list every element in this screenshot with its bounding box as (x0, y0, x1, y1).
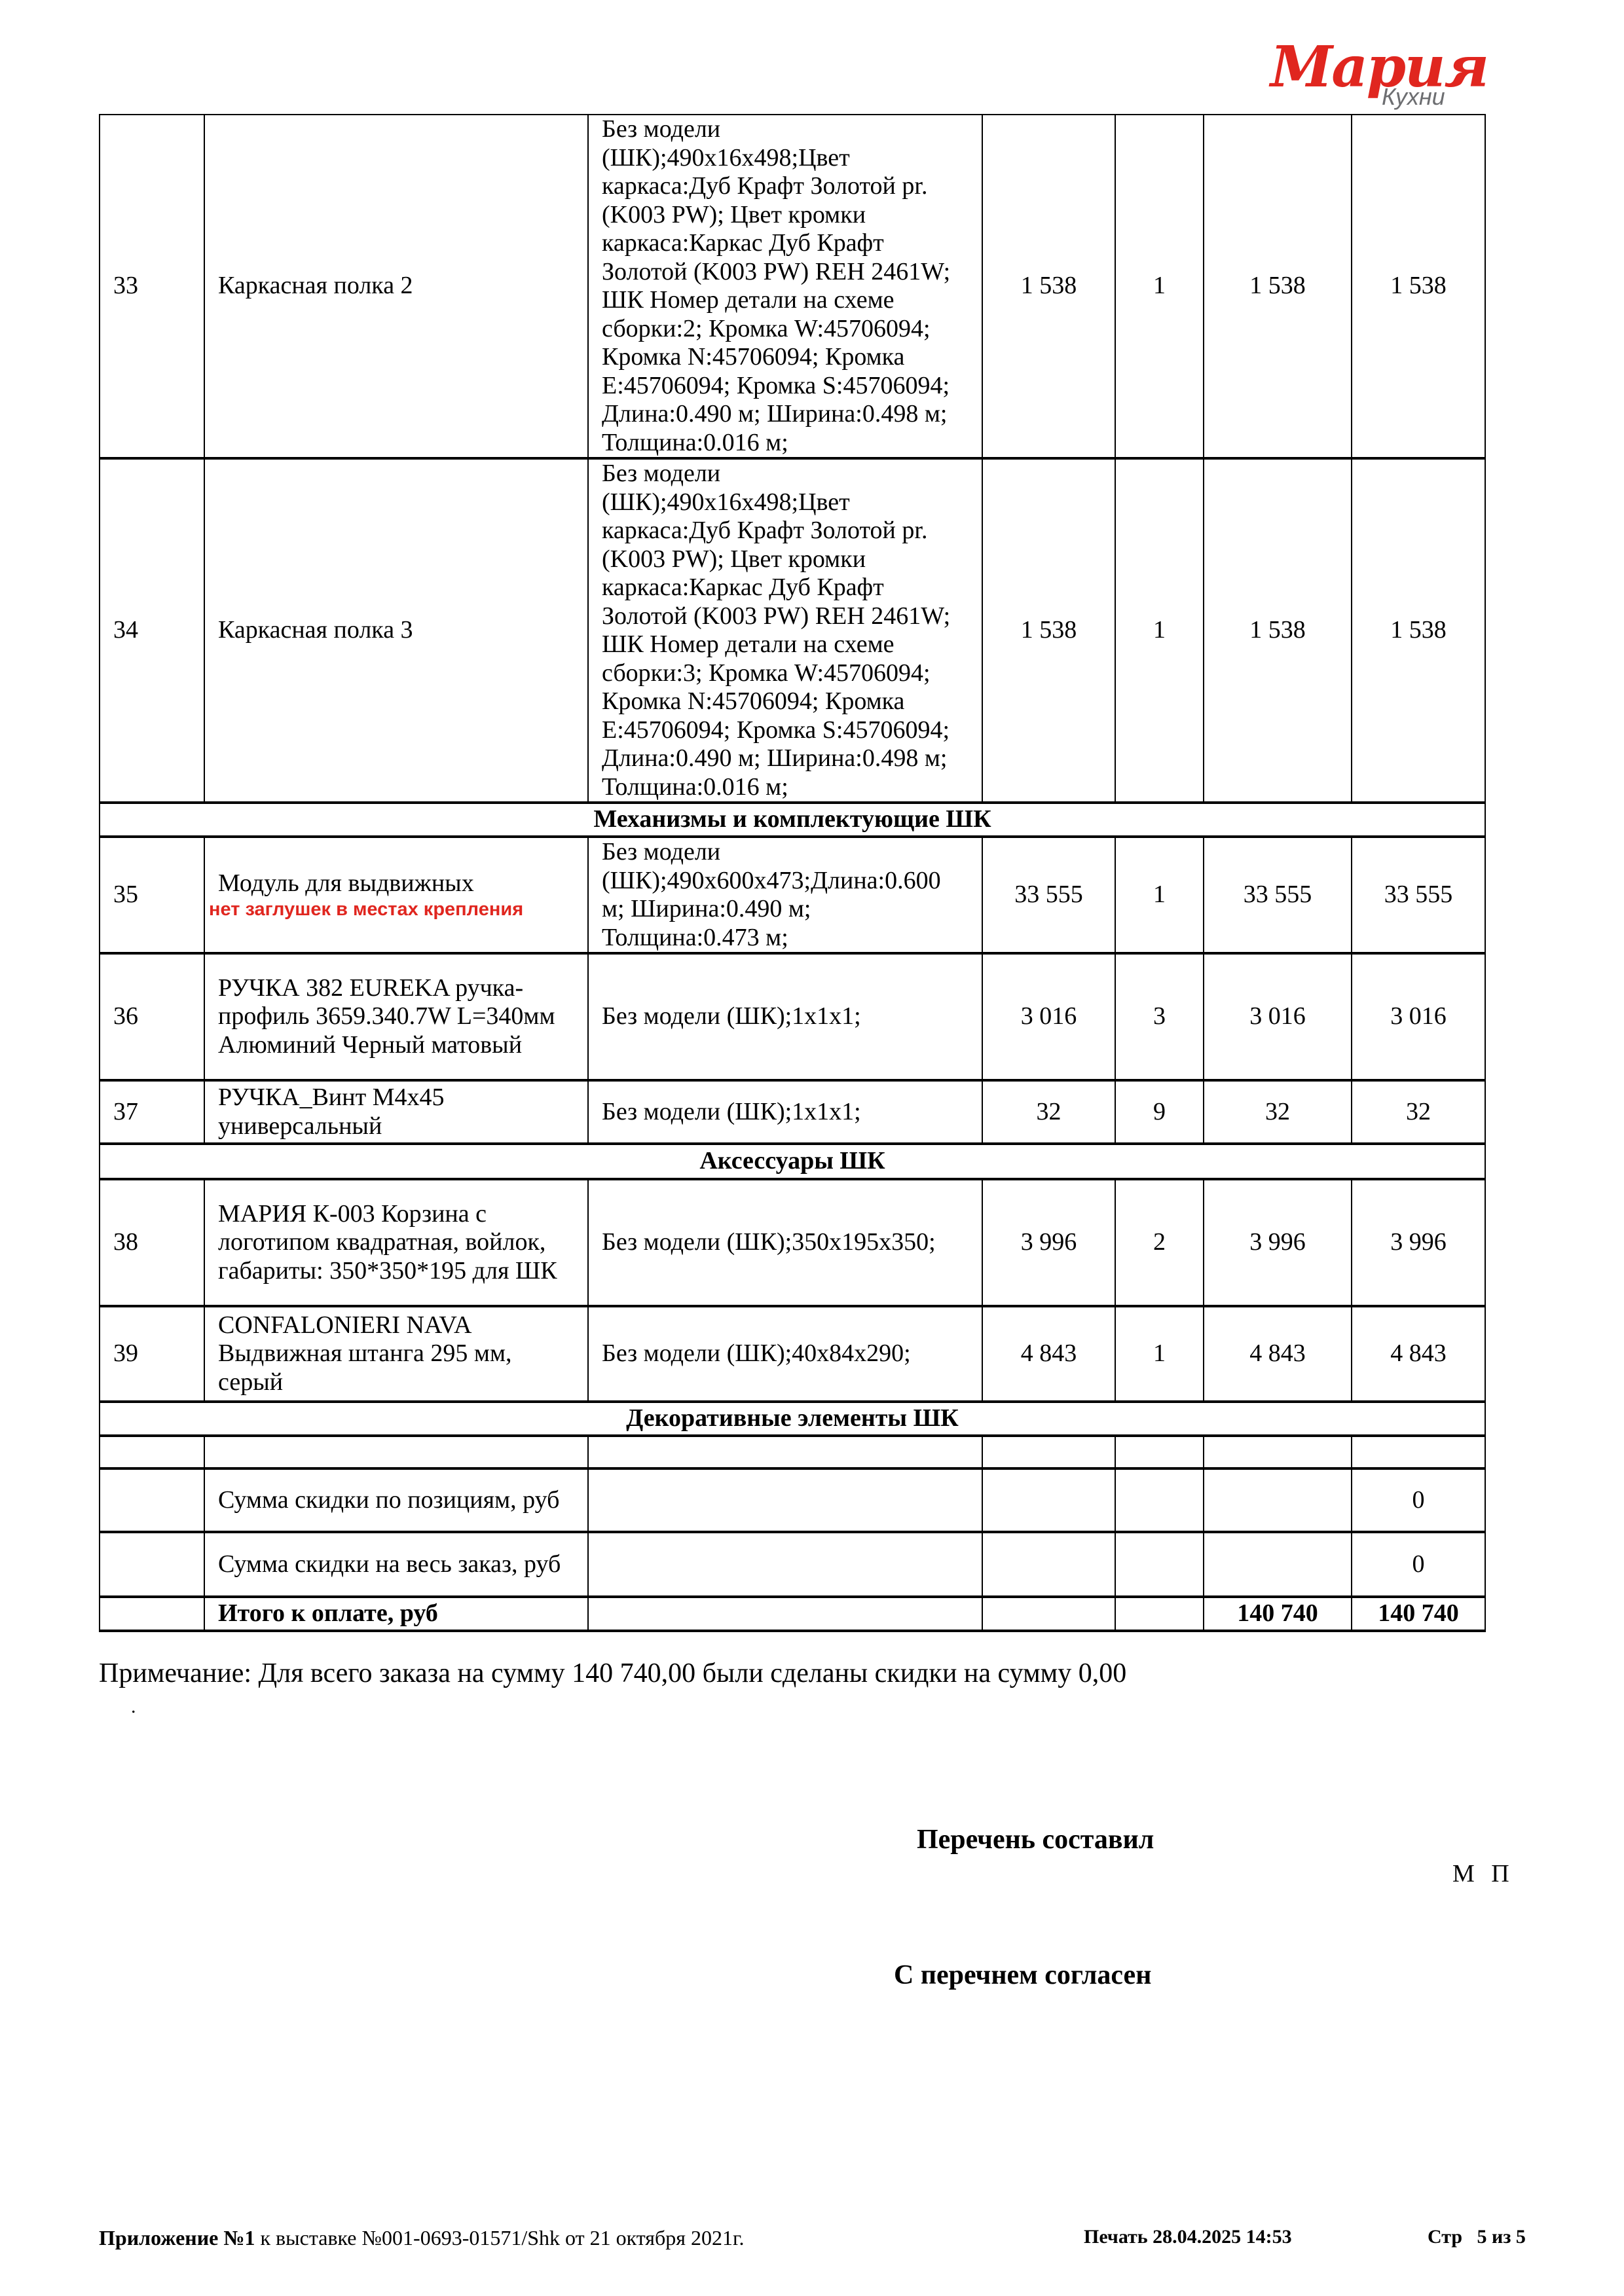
item-name: РУЧКА_Винт М4х45 универсальный (204, 1080, 588, 1144)
discount-order-row: Сумма скидки на весь заказ, руб 0 (100, 1532, 1485, 1597)
appendix-reference: к выставке №001-0693-01571/Shk от 21 окт… (255, 2226, 745, 2250)
discount-items-row: Сумма скидки по позициям, руб 0 (100, 1468, 1485, 1532)
row-number: 36 (100, 953, 204, 1080)
item-description: Без модели (ШК);490x600x473;Длина:0.600 … (588, 837, 982, 953)
table-row: 34 Каркасная полка 3 Без модели (ШК);490… (100, 458, 1485, 803)
section-mechanisms: Механизмы и комплектующие ШК (100, 803, 1485, 837)
footer-page-number: Стр 5 из 5 (1428, 2226, 1526, 2248)
total-label: Итого к оплате, руб (204, 1597, 588, 1631)
item-price: 33 555 (982, 837, 1115, 953)
row-number: 33 (100, 115, 204, 458)
logo-wordmark: Мария (1270, 39, 1488, 96)
row-number: 39 (100, 1306, 204, 1402)
item-sum: 33 555 (1352, 837, 1485, 953)
item-description: Без модели (ШК);490x16x498;Цвет каркаса:… (588, 115, 982, 458)
note-dot: . (131, 1696, 136, 1718)
item-price: 3 996 (982, 1179, 1115, 1306)
item-name-cell: Модуль для выдвижных нет заглушек в мест… (204, 837, 588, 953)
item-name: Модуль для выдвижных (218, 869, 474, 897)
section-accessories: Аксессуары ШК (100, 1144, 1485, 1179)
table-row: 38 МАРИЯ К-003 Корзина с логотипом квадр… (100, 1179, 1485, 1306)
item-price-discounted: 3 016 (1204, 953, 1352, 1080)
item-sum: 3 996 (1352, 1179, 1485, 1306)
item-description: Без модели (ШК);490x16x498;Цвет каркаса:… (588, 458, 982, 803)
stamp-placeholder: М П (1452, 1859, 1515, 1888)
item-name: Каркасная полка 2 (204, 115, 588, 458)
logo-subtitle: Кухни (1382, 85, 1445, 109)
item-price: 3 016 (982, 953, 1115, 1080)
item-sum: 3 016 (1352, 953, 1485, 1080)
item-description: Без модели (ШК);350x195x350; (588, 1179, 982, 1306)
order-note: Примечание: Для всего заказа на сумму 14… (99, 1658, 1126, 1689)
section-header-row: Аксессуары ШК (100, 1144, 1485, 1179)
item-price-discounted: 32 (1204, 1080, 1352, 1144)
total-price: 140 740 (1204, 1597, 1352, 1631)
section-header-row: Механизмы и комплектующие ШК (100, 803, 1485, 837)
footer-appendix: Приложение №1 к выставке №001-0693-01571… (99, 2226, 745, 2250)
item-price: 32 (982, 1080, 1115, 1144)
item-quantity: 1 (1115, 837, 1204, 953)
table-row: 35 Модуль для выдвижных нет заглушек в м… (100, 837, 1485, 953)
appendix-number: Приложение №1 (99, 2226, 255, 2250)
discount-order-value: 0 (1352, 1532, 1485, 1597)
item-price-discounted: 3 996 (1204, 1179, 1352, 1306)
item-sum: 32 (1352, 1080, 1485, 1144)
row-number: 38 (100, 1179, 204, 1306)
item-name: Каркасная полка 3 (204, 458, 588, 803)
item-quantity: 1 (1115, 458, 1204, 803)
item-name: CONFALONIERI NAVA Выдвижная штанга 295 м… (204, 1306, 588, 1402)
item-sum: 1 538 (1352, 458, 1485, 803)
section-header-row: Декоративные элементы ШК (100, 1402, 1485, 1436)
item-quantity: 1 (1115, 115, 1204, 458)
total-sum: 140 740 (1352, 1597, 1485, 1631)
item-quantity: 9 (1115, 1080, 1204, 1144)
row-number: 35 (100, 837, 204, 953)
item-description: Без модели (ШК);1x1x1; (588, 1080, 982, 1144)
footer-print-date: Печать 28.04.2025 14:53 (1084, 2226, 1292, 2248)
order-items-table: 33 Каркасная полка 2 Без модели (ШК);490… (99, 114, 1486, 1632)
item-price-discounted: 1 538 (1204, 115, 1352, 458)
table-row: 39 CONFALONIERI NAVA Выдвижная штанга 29… (100, 1306, 1485, 1402)
item-price-discounted: 1 538 (1204, 458, 1352, 803)
table-row: 33 Каркасная полка 2 Без модели (ШК);490… (100, 115, 1485, 458)
section-decor: Декоративные элементы ШК (100, 1402, 1485, 1436)
table-row: 36 РУЧКА 382 EUREKA ручка-профиль 3659.3… (100, 953, 1485, 1080)
item-name: МАРИЯ К-003 Корзина с логотипом квадратн… (204, 1179, 588, 1306)
row-number: 37 (100, 1080, 204, 1144)
discount-items-label: Сумма скидки по позициям, руб (204, 1468, 588, 1532)
item-price: 4 843 (982, 1306, 1115, 1402)
discount-items-value: 0 (1352, 1468, 1485, 1532)
item-annotation: нет заглушек в местах крепления (209, 898, 574, 920)
item-quantity: 2 (1115, 1179, 1204, 1306)
item-price-discounted: 4 843 (1204, 1306, 1352, 1402)
item-sum: 1 538 (1352, 115, 1485, 458)
item-price: 1 538 (982, 458, 1115, 803)
empty-row (100, 1436, 1485, 1468)
item-quantity: 1 (1115, 1306, 1204, 1402)
item-description: Без модели (ШК);40x84x290; (588, 1306, 982, 1402)
item-sum: 4 843 (1352, 1306, 1485, 1402)
composed-by-label: Перечень составил (917, 1824, 1154, 1855)
item-quantity: 3 (1115, 953, 1204, 1080)
item-price-discounted: 33 555 (1204, 837, 1352, 953)
item-description: Без модели (ШК);1x1x1; (588, 953, 982, 1080)
agreed-label: С перечнем согласен (894, 1959, 1151, 1991)
row-number: 34 (100, 458, 204, 803)
brand-logo: Мария Кухни (1270, 39, 1519, 115)
discount-order-label: Сумма скидки на весь заказ, руб (204, 1532, 588, 1597)
table-row: 37 РУЧКА_Винт М4х45 универсальный Без мо… (100, 1080, 1485, 1144)
item-price: 1 538 (982, 115, 1115, 458)
item-name: РУЧКА 382 EUREKA ручка-профиль 3659.340.… (204, 953, 588, 1080)
total-row: Итого к оплате, руб 140 740 140 740 (100, 1597, 1485, 1631)
